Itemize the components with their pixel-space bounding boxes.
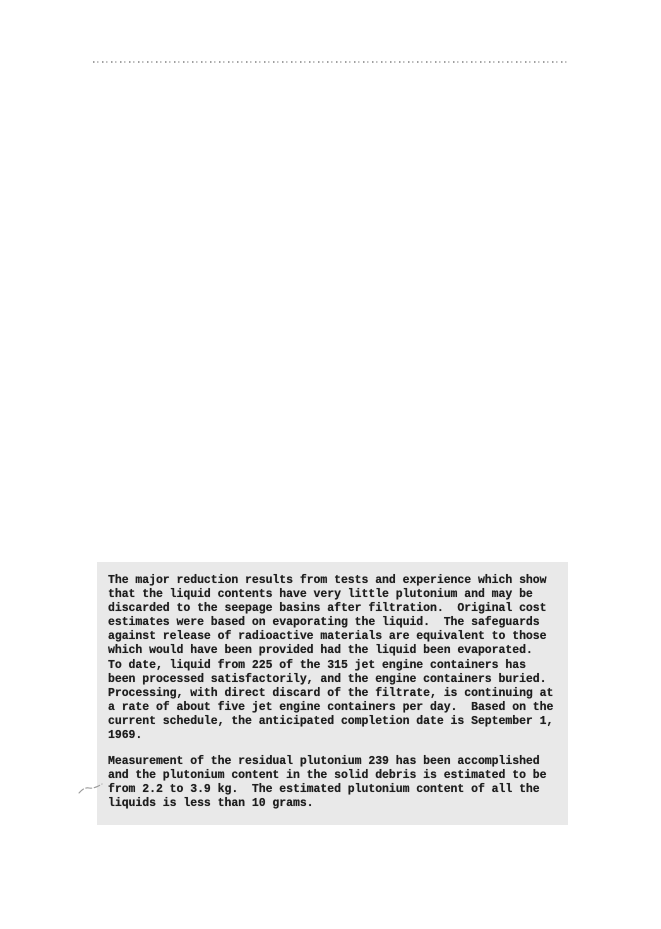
excerpt-paragraph-2: Measurement of the residual plutonium 23… (108, 755, 560, 811)
page-top-dotted-divider (93, 61, 567, 63)
document-page: The major reduction results from tests a… (0, 0, 661, 929)
scanned-text-excerpt-region: The major reduction results from tests a… (97, 562, 568, 825)
pencil-tick-icon (78, 779, 106, 797)
excerpt-paragraph-1: The major reduction results from tests a… (108, 574, 560, 743)
